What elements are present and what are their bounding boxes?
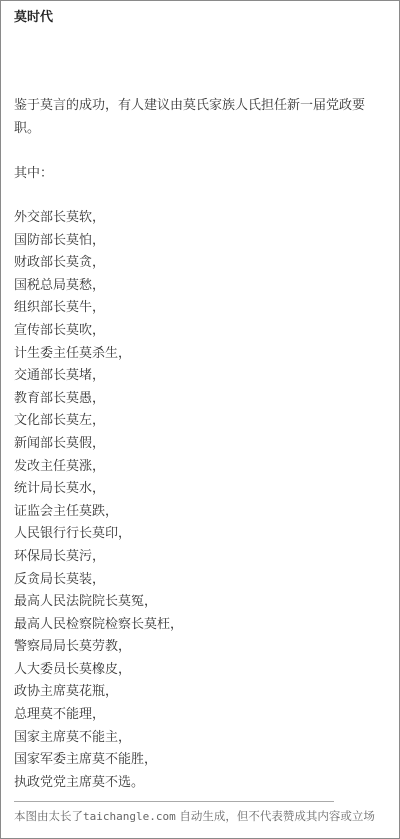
footer-prefix: 本图由太长了 xyxy=(14,809,83,823)
list-item: 人大委员长莫橡皮， xyxy=(14,659,183,682)
list-item: 总理莫不能理， xyxy=(14,704,183,727)
intro-paragraph: 鉴于莫言的成功，有人建议由莫氏家族人氏担任新一届党政要职。 xyxy=(14,95,389,140)
footer-suffix: 自动生成，但不代表赞成其内容或立场 xyxy=(176,809,375,823)
position-list: 外交部长莫软， 国防部长莫怕， 财政部长莫贪， 国税总局莫愁， 组织部长莫牛， … xyxy=(14,207,183,794)
list-item: 文化部长莫左， xyxy=(14,410,183,433)
list-item: 政协主席莫花瓶， xyxy=(14,681,183,704)
list-item: 最高人民检察院检察长莫枉， xyxy=(14,614,183,637)
list-item: 教育部长莫愚， xyxy=(14,388,183,411)
list-item: 执政党党主席莫不选。 xyxy=(14,772,183,795)
list-item: 国税总局莫愁， xyxy=(14,275,183,298)
footer-divider xyxy=(14,801,334,802)
list-item: 计生委主任莫杀生， xyxy=(14,343,183,366)
footer-site: taichangle.com xyxy=(83,810,176,823)
list-item: 环保局长莫污， xyxy=(14,546,183,569)
footer-note: 本图由太长了taichangle.com 自动生成，但不代表赞成其内容或立场 xyxy=(14,807,375,826)
list-item: 交通部长莫堵， xyxy=(14,365,183,388)
list-item: 财政部长莫贪， xyxy=(14,252,183,275)
list-item: 发改主任莫涨， xyxy=(14,456,183,479)
list-item: 人民银行行长莫印， xyxy=(14,523,183,546)
list-item: 国防部长莫怕， xyxy=(14,230,183,253)
list-item: 外交部长莫软， xyxy=(14,207,183,230)
list-item: 反贪局长莫装， xyxy=(14,569,183,592)
list-item: 组织部长莫牛， xyxy=(14,297,183,320)
list-item: 证监会主任莫跌， xyxy=(14,501,183,524)
list-label: 其中： xyxy=(14,163,53,186)
list-item: 宣传部长莫吹， xyxy=(14,320,183,343)
document-title: 莫时代 xyxy=(14,9,53,27)
list-item: 国家军委主席莫不能胜， xyxy=(14,749,183,772)
document-frame: 莫时代 鉴于莫言的成功，有人建议由莫氏家族人氏担任新一届党政要职。 其中： 外交… xyxy=(0,0,400,839)
list-item: 最高人民法院院长莫冤， xyxy=(14,591,183,614)
list-item: 国家主席莫不能主， xyxy=(14,727,183,750)
list-item: 新闻部长莫假， xyxy=(14,433,183,456)
list-item: 统计局长莫水， xyxy=(14,478,183,501)
list-item: 警察局局长莫劳教， xyxy=(14,636,183,659)
